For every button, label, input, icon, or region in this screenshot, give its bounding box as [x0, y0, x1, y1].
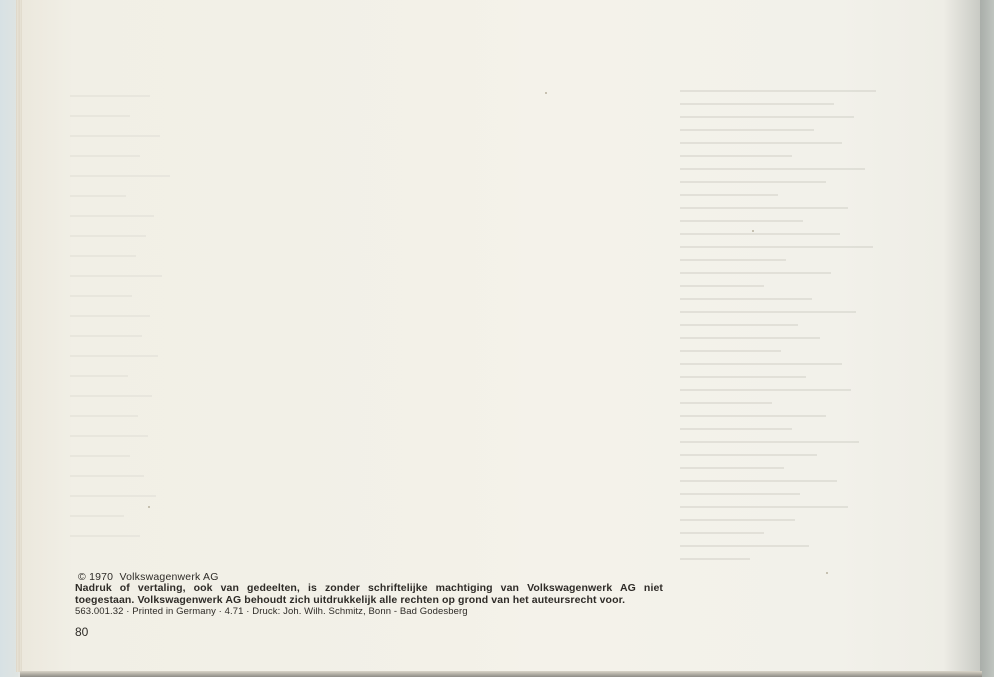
page-bottom-edge: [20, 671, 982, 677]
notice-line-2: toegestaan. Volkswagenwerk AG behoudt zi…: [75, 594, 625, 606]
paper-speck: [148, 506, 150, 508]
paper-speck: [545, 92, 547, 94]
imprint-block: © 1970 Volkswagenwerk AG Nadruk of verta…: [75, 571, 675, 639]
show-through-text-left: [70, 95, 270, 565]
reproduction-notice: Nadruk of vertaling, ook van gedeelten, …: [75, 583, 663, 606]
page-stack-edge: [16, 0, 22, 672]
print-info: 563.001.32 · Printed in Germany · 4.71 ·…: [75, 606, 675, 618]
paper-speck: [752, 230, 754, 232]
scan-background-right: [980, 0, 994, 677]
show-through-text-right: [680, 90, 960, 610]
page-number: 80: [75, 625, 675, 639]
paper-speck: [826, 572, 828, 574]
